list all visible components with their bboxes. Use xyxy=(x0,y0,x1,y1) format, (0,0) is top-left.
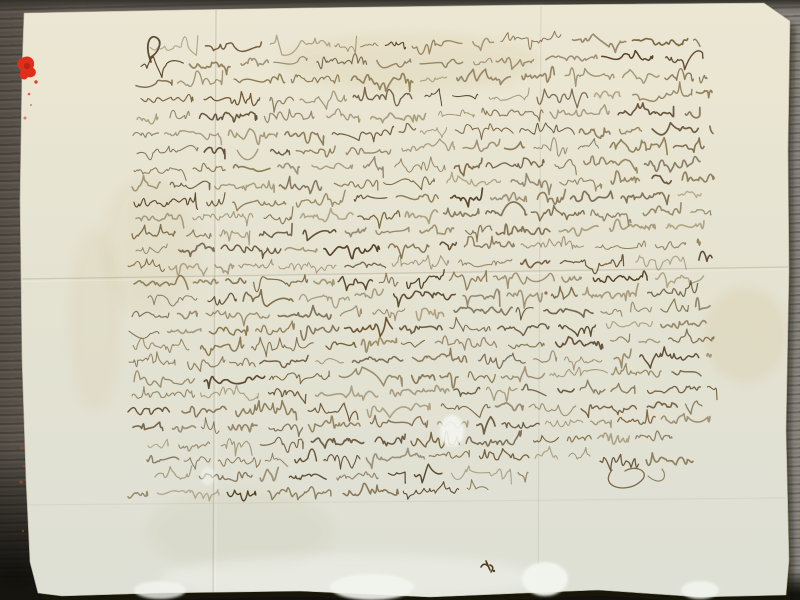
damage-patch-bottom-right xyxy=(681,581,719,599)
damage-patch-left-edge xyxy=(134,581,186,599)
rust-speck xyxy=(20,446,23,449)
manuscript-scene xyxy=(0,0,800,600)
photo-of-manuscript xyxy=(0,0,800,600)
rust-speck xyxy=(22,530,24,532)
bottom-mark-dot xyxy=(493,570,495,572)
handwritten-word xyxy=(707,354,711,357)
wax-droplet xyxy=(28,93,31,96)
damage-patch-mid xyxy=(440,415,464,447)
damage-patch-bottom-center xyxy=(522,562,568,596)
wax-droplet xyxy=(34,80,37,83)
stain-right xyxy=(703,287,787,383)
rust-speck xyxy=(544,291,547,294)
wax-droplet xyxy=(30,104,32,106)
rust-speck xyxy=(19,480,23,484)
damage-patch-small xyxy=(201,467,215,485)
wax-droplet xyxy=(24,117,27,120)
wax-core xyxy=(24,63,30,69)
stain-left-margin xyxy=(69,230,121,410)
damage-patch-bottom-left xyxy=(330,574,414,600)
rust-speck xyxy=(23,465,25,467)
